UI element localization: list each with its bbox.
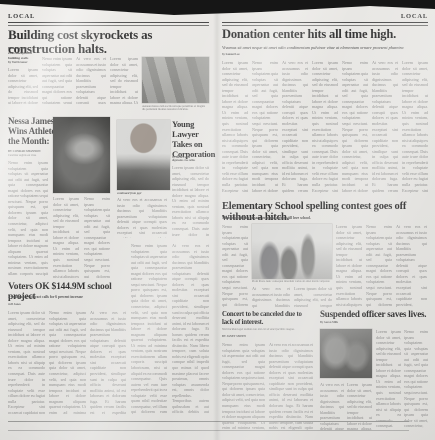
classroom-photo <box>252 224 332 279</box>
article-text-column: Lorem ipsum dolor sit amet, consectetur … <box>376 329 401 430</box>
article-text-column: Lorem ipsum dolor sit amet, consectetur … <box>347 382 372 430</box>
article-text-column: At vero eos et accusamus et iusto odio d… <box>172 243 209 415</box>
article-text-column: Lorem ipsum dolor sit amet, consectetur … <box>222 60 248 193</box>
byline-voters-ok: Jeff Jones <box>8 302 68 306</box>
article-text-column: At vero eos et accusamus et iusto odio d… <box>269 342 313 430</box>
page-gutter-shadow <box>213 0 221 440</box>
byline-building-cost: by Ted Kramer <box>8 60 44 64</box>
subhead-donation-center: Vivamus sit amet neque sit amet odio con… <box>222 45 429 50</box>
buildings-photo-caption: Aenean massa cum sociis natoque penatibu… <box>142 105 209 113</box>
article-text-column: At vero eos et accusamus et iusto odio d… <box>282 60 308 193</box>
article-text-column: Lorem ipsum dolor sit amet, consectetur … <box>8 67 38 104</box>
headline-young-lawyer: Young Lawyer Takes on Corporation <box>172 119 210 159</box>
article-text-column: At vero eos et accusamus et iusto odio d… <box>90 310 126 415</box>
article-text-column: Nemo enim ipsam voluptatem quia voluptas… <box>404 329 428 430</box>
article-text-column: Lorem ipsum dolor sit amet, consectetur … <box>8 310 45 415</box>
article-text-column: At vero eos et accusamus et iusto odio d… <box>252 286 290 308</box>
article-text-column: Nemo enim ipsam voluptatem quia voluptas… <box>84 196 110 278</box>
classroom-photo-caption: Proin libero nunc consequat interdum var… <box>252 280 332 284</box>
article-text-column: Lorem ipsum dolor sit amet, consectetur … <box>402 60 428 193</box>
headline-concert-canceled: Concert to be canceled due to lack of in… <box>222 311 312 327</box>
article-text-column: Lorem ipsum dolor sit amet, consectetur … <box>294 286 332 308</box>
article-text-column: Nemo enim ipsam voluptatem quia voluptas… <box>8 160 48 276</box>
headline-suspended-officer: Suspended officer saves lives. <box>320 310 430 320</box>
byline-suspended-officer: By Aaron Mills <box>320 321 380 324</box>
article-text-column: Nemo enim ipsam voluptatem quia voluptas… <box>49 310 86 415</box>
article-text-column: At vero eos et accusamus et iusto odio d… <box>76 56 106 104</box>
header-rule-thick-left <box>8 22 209 24</box>
subhead-concert-canceled: Nisl tincidunt eget nullam non nisi est … <box>222 328 312 334</box>
article-text-column: Nemo enim ipsam voluptatem quia voluptas… <box>222 224 248 308</box>
byline-concert-canceled: BY JANET SMITH <box>222 335 282 338</box>
headline-donation-center: Donation center hits all time high. <box>222 28 429 42</box>
buildings-photo <box>142 57 209 103</box>
athlete-shoe-photo <box>53 117 110 193</box>
subhead-voters-ok: 5-year police contract calls for 6 perce… <box>8 295 136 300</box>
article-text-column: At vero eos et accusamus et iusto odio d… <box>372 60 398 193</box>
section-kicker-left: LOCAL <box>8 13 35 20</box>
article-text-column: At vero eos et accusamus et iusto odio d… <box>396 224 427 308</box>
article-text-column: Lorem ipsum dolor sit amet, consectetur … <box>53 196 79 278</box>
byline-young-lawyer: by Sarah Lopez dignissim cras tellus <box>172 156 210 162</box>
section-kicker-right: LOCAL <box>222 13 428 20</box>
byline-donation-center: by Samuel Lee <box>222 53 282 56</box>
article-text-column: Lorem ipsum dolor sit amet, consectetur … <box>110 56 138 104</box>
article-text-column: Nemo enim ipsam voluptatem quia voluptas… <box>42 56 72 104</box>
bottom-fold-rule <box>8 421 409 422</box>
header-rule-thin-right <box>222 25 428 26</box>
article-text-column: Nemo enim ipsam voluptatem quia voluptas… <box>222 342 265 430</box>
article-text-column: At vero eos et accusamus et iusto odio d… <box>117 197 167 238</box>
header-rule-thin-left <box>8 25 209 26</box>
officer-photo <box>320 329 372 378</box>
article-text-column: Nemo enim ipsam voluptatem quia voluptas… <box>252 60 278 193</box>
article-text-column: At vero eos et accusamus et iusto odio d… <box>320 382 344 430</box>
header-rule-thick-right <box>222 22 428 24</box>
article-text-column: Lorem ipsum dolor sit amet, consectetur … <box>336 224 362 308</box>
subhead-elementary-school: Mauris interdum ornare young students st… <box>222 216 407 222</box>
article-text-column: Lorem ipsum dolor sit amet, consectetur … <box>172 165 209 238</box>
article-text-column: Lorem ipsum dolor sit amet, consectetur … <box>312 60 338 193</box>
article-text-column: Nemo enim ipsam voluptatem quia voluptas… <box>366 224 392 308</box>
portrait-caption: continued from pg2 <box>117 191 170 195</box>
article-text-column: Nemo enim ipsam voluptatem quia voluptas… <box>342 60 368 193</box>
article-text-column: Nemo enim ipsam voluptatem quia voluptas… <box>131 243 167 415</box>
lawyer-portrait-photo <box>117 120 170 190</box>
bottom-edge-rule <box>8 430 409 431</box>
newspaper-spread: LOCAL Building cost skyrockets as constr… <box>0 0 435 440</box>
